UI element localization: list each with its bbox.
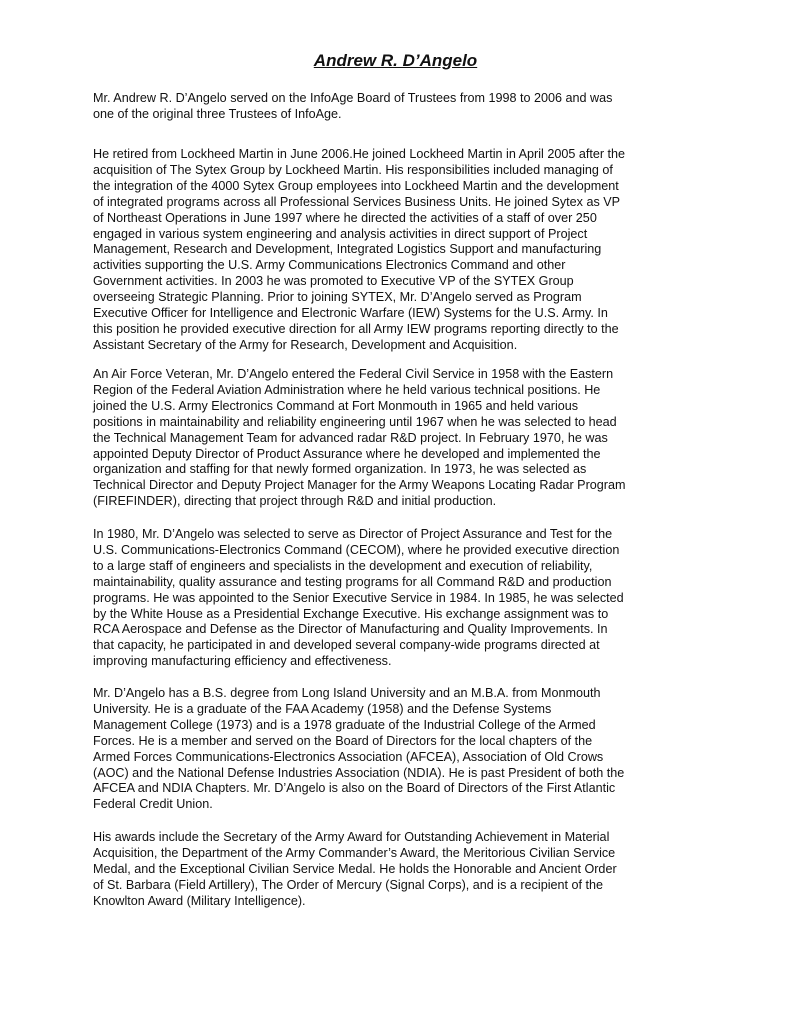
text-line: His awards include the Secretary of the …: [93, 830, 733, 846]
text-line: positions in maintainability and reliabi…: [93, 415, 733, 431]
text-line: University. He is a graduate of the FAA …: [93, 702, 733, 718]
paragraph-trusteeship: Mr. Andrew R. D’Angelo served on the Inf…: [93, 91, 733, 123]
text-line: Management, Research and Development, In…: [93, 242, 733, 258]
page-title: Andrew R. D’Angelo: [0, 51, 791, 71]
text-line: Knowlton Award (Military Intelligence).: [93, 894, 733, 910]
text-line: Armed Forces Communications-Electronics …: [93, 750, 733, 766]
paragraph-awards: His awards include the Secretary of the …: [93, 830, 733, 910]
text-line: Technical Director and Deputy Project Ma…: [93, 478, 733, 494]
document-page: Andrew R. D’Angelo Mr. Andrew R. D’Angel…: [0, 0, 791, 1024]
text-line: Management College (1973) and is a 1978 …: [93, 718, 733, 734]
text-line: one of the original three Trustees of In…: [93, 107, 733, 123]
text-line: appointed Deputy Director of Product Ass…: [93, 447, 733, 463]
paragraph-cecom: In 1980, Mr. D’Angelo was selected to se…: [93, 527, 733, 670]
text-line: to a large staff of engineers and specia…: [93, 559, 733, 575]
paragraph-education: Mr. D’Angelo has a B.S. degree from Long…: [93, 686, 733, 813]
text-line: Government activities. In 2003 he was pr…: [93, 274, 733, 290]
text-line: maintainability, quality assurance and t…: [93, 575, 733, 591]
text-line: RCA Aerospace and Defense as the Directo…: [93, 622, 733, 638]
text-line: In 1980, Mr. D’Angelo was selected to se…: [93, 527, 733, 543]
text-line: by the White House as a Presidential Exc…: [93, 607, 733, 623]
text-line: of St. Barbara (Field Artillery), The Or…: [93, 878, 733, 894]
text-line: Mr. Andrew R. D’Angelo served on the Inf…: [93, 91, 733, 107]
text-line: the integration of the 4000 Sytex Group …: [93, 179, 733, 195]
text-line: Medal, and the Exceptional Civilian Serv…: [93, 862, 733, 878]
text-line: Assistant Secretary of the Army for Rese…: [93, 338, 733, 354]
text-line: this position he provided executive dire…: [93, 322, 733, 338]
text-line: Mr. D’Angelo has a B.S. degree from Long…: [93, 686, 733, 702]
text-line: AFCEA and NDIA Chapters. Mr. D’Angelo is…: [93, 781, 733, 797]
text-line: Forces. He is a member and served on the…: [93, 734, 733, 750]
text-line: acquisition of The Sytex Group by Lockhe…: [93, 163, 733, 179]
text-line: improving manufacturing efficiency and e…: [93, 654, 733, 670]
text-line: He retired from Lockheed Martin in June …: [93, 147, 733, 163]
text-line: the Technical Management Team for advanc…: [93, 431, 733, 447]
text-line: programs. He was appointed to the Senior…: [93, 591, 733, 607]
paragraph-federal-service: An Air Force Veteran, Mr. D’Angelo enter…: [93, 367, 733, 510]
text-line: (FIREFINDER), directing that project thr…: [93, 494, 733, 510]
text-line: Federal Credit Union.: [93, 797, 733, 813]
text-line: An Air Force Veteran, Mr. D’Angelo enter…: [93, 367, 733, 383]
text-line: Acquisition, the Department of the Army …: [93, 846, 733, 862]
text-line: (AOC) and the National Defense Industrie…: [93, 766, 733, 782]
text-line: engaged in various system engineering an…: [93, 227, 733, 243]
text-line: joined the U.S. Army Electronics Command…: [93, 399, 733, 415]
text-line: organization and staffing for that newly…: [93, 462, 733, 478]
text-line: that capacity, he participated in and de…: [93, 638, 733, 654]
text-line: Region of the Federal Aviation Administr…: [93, 383, 733, 399]
text-line: of Northeast Operations in June 1997 whe…: [93, 211, 733, 227]
paragraph-lockheed-sytex: He retired from Lockheed Martin in June …: [93, 147, 733, 354]
text-line: activities supporting the U.S. Army Comm…: [93, 258, 733, 274]
text-line: of integrated programs across all Profes…: [93, 195, 733, 211]
text-line: Executive Officer for Intelligence and E…: [93, 306, 733, 322]
text-line: U.S. Communications-Electronics Command …: [93, 543, 733, 559]
text-line: overseeing Strategic Planning. Prior to …: [93, 290, 733, 306]
